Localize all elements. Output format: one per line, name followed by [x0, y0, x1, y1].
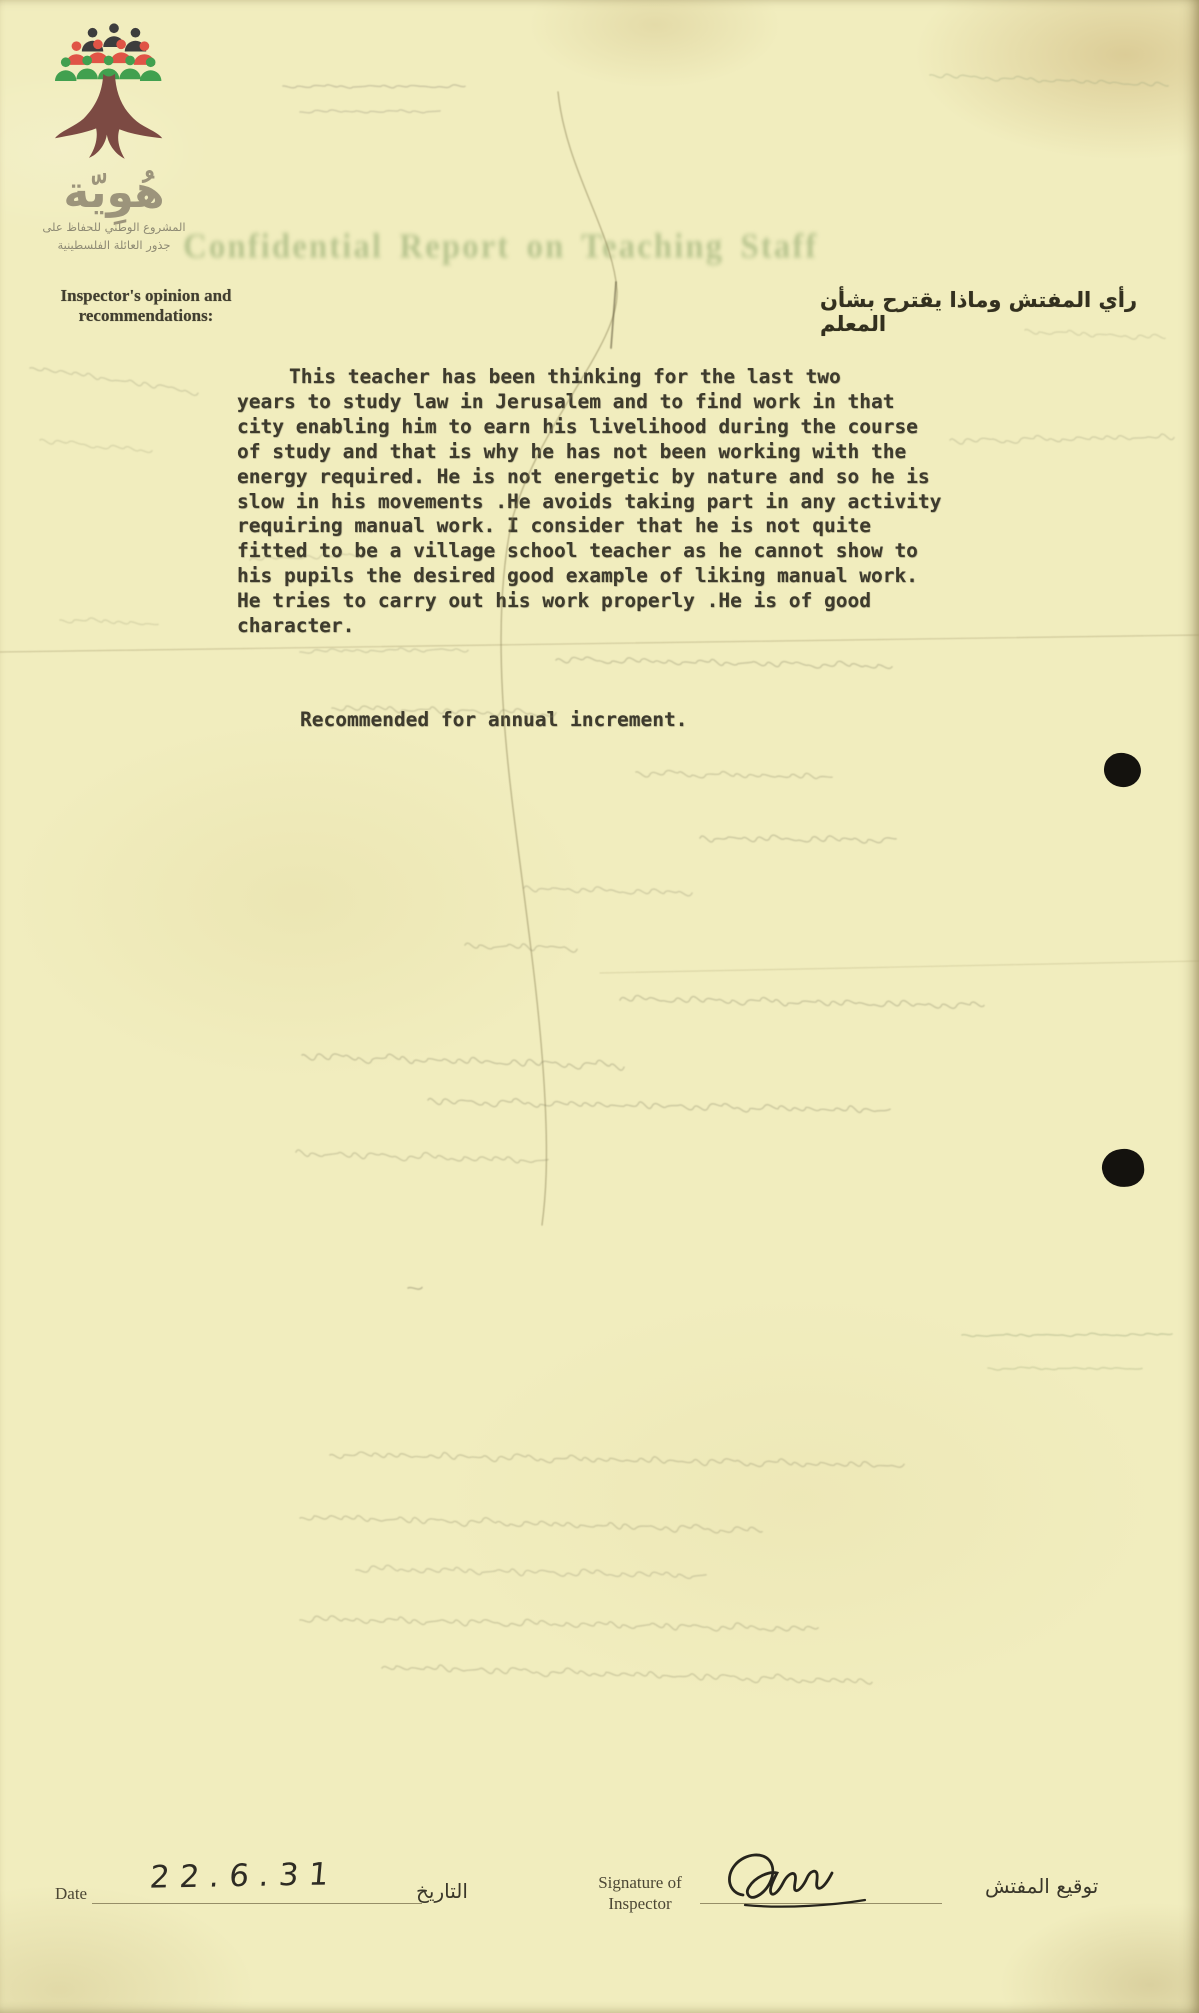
ghost-header-text: Confidential Report on Teaching Staff [183, 228, 963, 267]
scrawl-stroke [40, 439, 152, 452]
document-page: هُوِيّة المشروع الوطني للحفاظ على جذور ا… [0, 0, 1199, 2013]
scrawl-stroke [636, 770, 832, 778]
typed-line: fitted to be a village school teacher as… [237, 539, 957, 564]
typed-line: This teacher has been thinking for the l… [237, 365, 957, 390]
scrawl-stroke [283, 85, 465, 88]
inspector-opinion-label-line1: Inspector's opinion and [56, 286, 236, 306]
inspector-signature [715, 1843, 915, 1921]
recommendation-line: Recommended for annual increment. [300, 707, 687, 732]
hole-punch-top [1102, 751, 1143, 790]
heritage-logo: هُوِيّة المشروع الوطني للحفاظ على جذور ا… [25, 22, 203, 252]
signature-label-line1: Signature of [580, 1872, 700, 1893]
scrawl-stroke [930, 74, 1168, 86]
scrawl-stroke [408, 1287, 422, 1289]
heritage-tree-logo-icon [48, 22, 180, 174]
date-label-arabic: التاريخ [416, 1879, 468, 1903]
scrawl-stroke [60, 618, 158, 625]
scrawl-stroke [962, 1333, 1172, 1336]
inspector-opinion-label-line2: recommendations: [56, 306, 236, 326]
typed-line: years to study law in Jerusalem and to f… [237, 390, 957, 415]
scrawl-stroke [465, 943, 577, 952]
logo-subtitle-line1: المشروع الوطني للحفاظ على [25, 220, 203, 234]
signature-label: Signature of Inspector [580, 1872, 700, 1914]
typed-line: He tries to carry out his work properly … [237, 589, 957, 614]
logo-calligraphy: هُوِيّة [25, 170, 203, 216]
typed-line: his pupils the desired good example of l… [237, 564, 957, 589]
inspector-opinion-label: Inspector's opinion and recommendations: [56, 286, 236, 326]
scrawl-stroke [300, 648, 468, 653]
scrawl-stroke [330, 1452, 904, 1467]
typed-report-body: This teacher has been thinking for the l… [237, 365, 957, 639]
typed-line: slow in his movements .He avoids taking … [237, 490, 957, 515]
typed-line: of study and that is why he has not been… [237, 440, 957, 465]
scrawl-stroke [620, 995, 984, 1008]
scrawl-stroke [300, 1616, 818, 1631]
scrawl-stroke [302, 1054, 624, 1070]
scrawl-stroke [356, 1565, 706, 1578]
typed-line: requiring manual work. I consider that h… [237, 514, 957, 539]
typed-line: city enabling him to earn his livelihood… [237, 415, 957, 440]
inspector-opinion-label-arabic: رأي المفتش وماذا يقترح بشأن المعلم [820, 288, 1142, 336]
scrawl-stroke [524, 886, 692, 896]
scrawl-stroke [950, 434, 1174, 444]
typed-line: energy required. He is not energetic by … [237, 465, 957, 490]
scrawl-stroke [382, 1665, 872, 1684]
date-value-handwritten: 22.6.31 [148, 1856, 340, 1895]
date-label: Date [55, 1884, 87, 1904]
scrawl-stroke [556, 657, 892, 668]
typed-line: character. [237, 614, 957, 639]
scrawl-stroke [300, 1516, 762, 1533]
scrawl-stroke [300, 110, 440, 113]
scrawl-stroke [988, 1367, 1142, 1370]
scrawl-stroke [296, 1150, 548, 1163]
signature-label-arabic: توقيع المفتش [985, 1874, 1098, 1898]
scrawl-stroke [30, 368, 198, 396]
hole-punch-bottom [1100, 1147, 1146, 1189]
scrawl-stroke [428, 1098, 890, 1112]
scrawl-stroke [700, 835, 896, 843]
logo-subtitle-line2: جذور العائلة الفلسطينية [25, 238, 203, 252]
signature-label-line2: Inspector [580, 1893, 700, 1914]
